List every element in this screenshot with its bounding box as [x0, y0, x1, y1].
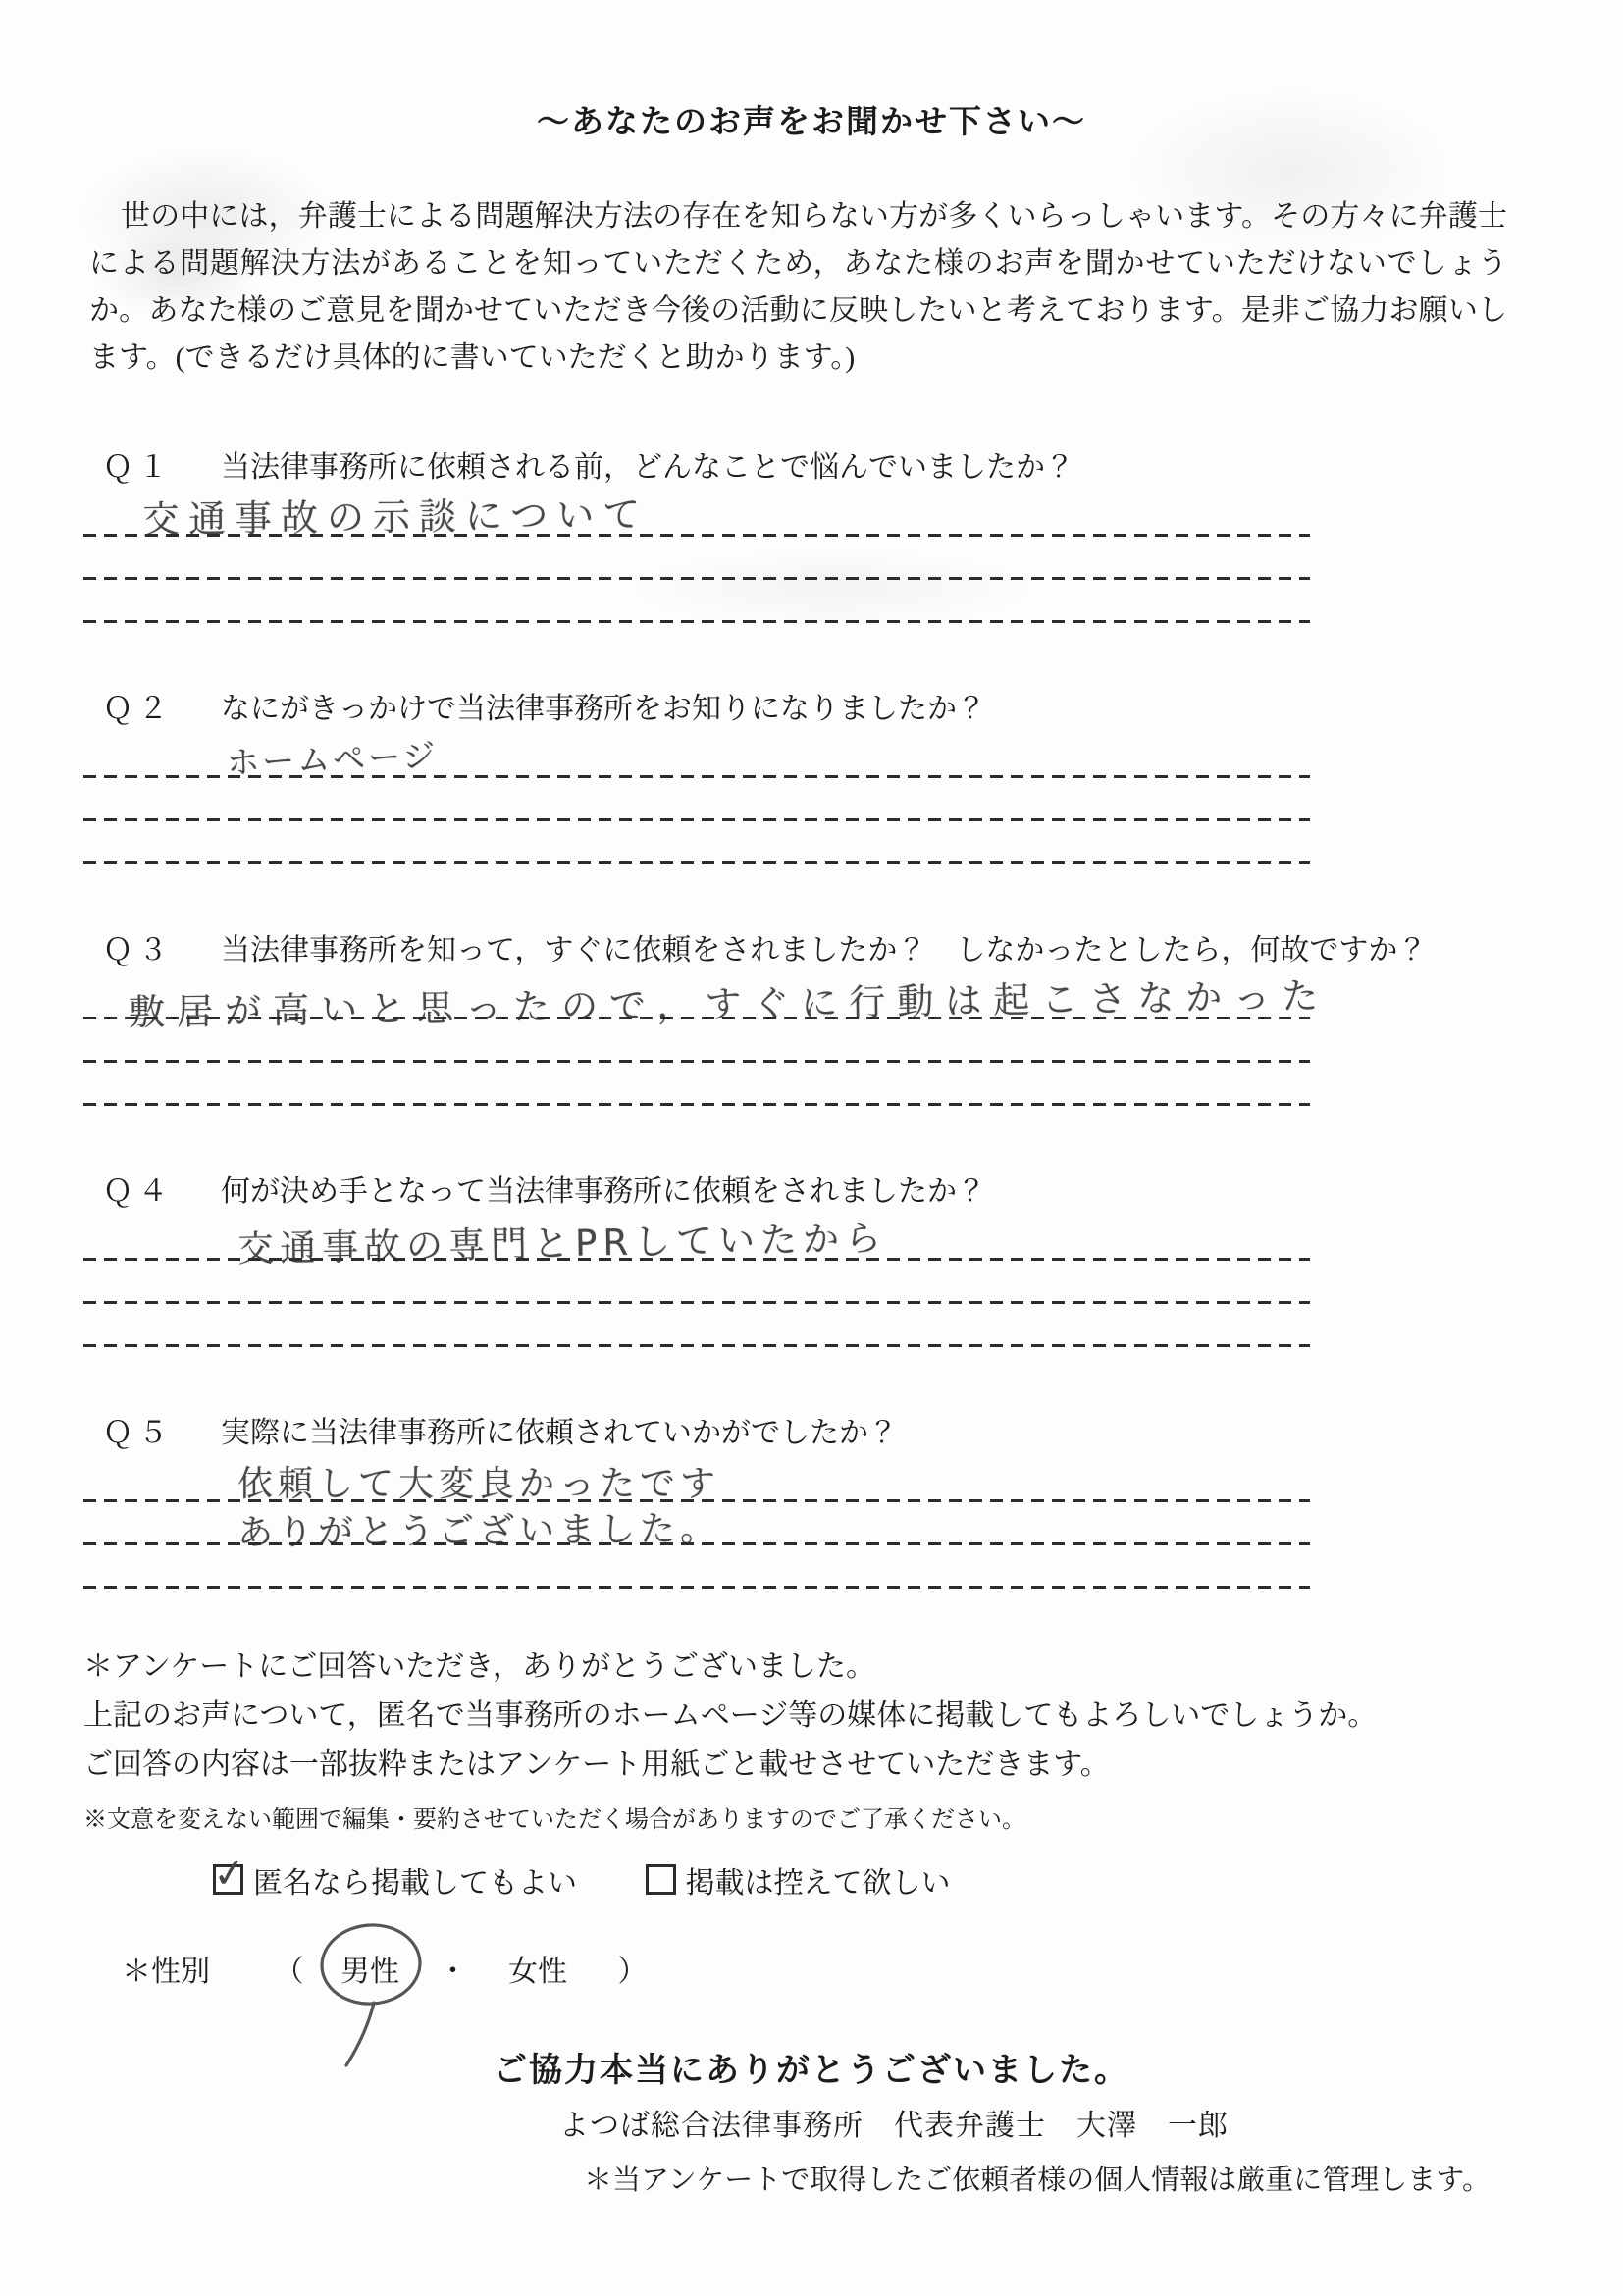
answer-line: 依頼して大変良かったです	[83, 1453, 1310, 1502]
gender-paren-close: ）	[618, 1956, 648, 1988]
checkbox-anonymous-ok: ✓	[213, 1864, 243, 1895]
checkbox-anonymous-ok-label: 匿名なら掲載してもよい	[253, 1867, 577, 1900]
handwritten-answer: 依頼して大変良かったです	[237, 1456, 720, 1506]
question-line: Ｑ２なにがきっかけで当法律事務所をお知りになりましたか？	[83, 690, 1540, 729]
question-block-1: Ｑ１当法律事務所に依頼される前，どんなことで悩んでいましたか？ 交通事故の示談に…	[83, 448, 1540, 623]
question-line: Ｑ５実際に当法律事務所に依頼されていかがでしたか？	[83, 1414, 1540, 1453]
gender-option-male: 男性	[340, 1947, 399, 1990]
question-text: 実際に当法律事務所に依頼されていかがでしたか？	[221, 1417, 898, 1449]
checkbox-decline-label: 掲載は控えて欲しい	[686, 1867, 951, 1900]
publication-detail-text: ご回答の内容は一部抜粋またはアンケート用紙ごと載せさせていただきます。	[83, 1741, 1540, 1790]
answer-line	[83, 580, 1310, 623]
footer-section: ご協力本当にありがとうございました。 よつば総合法律事務所 代表弁護士 大澤 一…	[83, 2043, 1540, 2198]
question-line: Ｑ３当法律事務所を知って，すぐに依頼をされましたか？ しなかったとしたら，何故で…	[83, 931, 1540, 970]
privacy-note: ＊当アンケートで取得したご依頼者様の個人情報は厳重に管理します。	[584, 2158, 1540, 2198]
handwritten-answer: 交通事故の示談について	[142, 484, 650, 543]
gender-male-text: 男性	[340, 1956, 399, 1988]
question-number: Ｑ２	[103, 690, 221, 729]
handwritten-answer: ホームページ	[226, 730, 439, 783]
document-content: ～あなたのお声をお聞かせ下さい～ 世の中には，弁護士による問題解決方法の存在を知…	[0, 96, 1623, 2198]
answer-line: 敷居が高いと思ったので，すぐに行動は起こさなかった	[83, 970, 1310, 1019]
answer-line	[83, 1019, 1310, 1063]
question-number: Ｑ１	[103, 448, 221, 488]
answer-line: ありがとうございました。	[83, 1502, 1310, 1545]
gender-paren-open: （	[275, 1956, 304, 1988]
question-line: Ｑ１当法律事務所に依頼される前，どんなことで悩んでいましたか？	[83, 448, 1540, 488]
page-title: ～あなたのお声をお聞かせ下さい～	[83, 96, 1540, 142]
answer-line	[83, 537, 1310, 580]
check-mark-icon: ✓	[211, 1850, 248, 1898]
question-number: Ｑ３	[103, 931, 221, 970]
question-number: Ｑ５	[103, 1414, 221, 1453]
law-office-signature: よつば総合法律事務所 代表弁護士 大澤 一郎	[559, 2101, 1540, 2144]
answer-line: 交通事故の専門とPRしていたから	[83, 1212, 1310, 1261]
answer-line: 交通事故の示談について	[83, 488, 1310, 537]
consent-options-row: ✓匿名なら掲載してもよい 掲載は控えて欲しい	[213, 1858, 1540, 1900]
scanned-survey-page: ～あなたのお声をお聞かせ下さい～ 世の中には，弁護士による問題解決方法の存在を知…	[0, 0, 1623, 2296]
gender-row: ＊性別 （ 男性 ・ 女性 ）	[83, 1947, 1540, 1994]
survey-thanks-text: ＊アンケートにご回答いただき，ありがとうございました。	[83, 1643, 1540, 1692]
edit-note-text: ※文意を変えない範囲で編集・要約させていただく場合がありますのでご了承ください。	[83, 1805, 1540, 1835]
answer-line	[83, 1304, 1310, 1347]
answer-line	[83, 1261, 1310, 1304]
question-block-2: Ｑ２なにがきっかけで当法律事務所をお知りになりましたか？ ホームページ	[83, 690, 1540, 864]
question-block-4: Ｑ４何が決め手となって当法律事務所に依頼をされましたか？ 交通事故の専門とPRし…	[83, 1173, 1540, 1347]
gender-option-female: 女性	[508, 1956, 567, 1988]
question-block-3: Ｑ３当法律事務所を知って，すぐに依頼をされましたか？ しなかったとしたら，何故で…	[83, 931, 1540, 1106]
gender-separator-dot: ・	[439, 1956, 468, 1988]
intro-paragraph: 世の中には，弁護士による問題解決方法の存在を知らない方が多くいらっしゃいます。そ…	[89, 193, 1507, 382]
question-text: 何が決め手となって当法律事務所に依頼をされましたか？	[221, 1175, 986, 1208]
publication-request-text: 上記のお声について，匿名で当事務所のホームページ等の媒体に掲載してもよろしいでし…	[83, 1692, 1540, 1741]
checkbox-decline	[646, 1864, 676, 1895]
closing-thanks-text: ご協力本当にありがとうございました。	[83, 2043, 1540, 2091]
answer-line: ホームページ	[83, 729, 1310, 778]
question-line: Ｑ４何が決め手となって当法律事務所に依頼をされましたか？	[83, 1173, 1540, 1212]
publication-consent-section: ＊アンケートにご回答いただき，ありがとうございました。 上記のお声について，匿名…	[83, 1643, 1540, 1900]
answer-line	[83, 821, 1310, 864]
question-text: なにがきっかけで当法律事務所をお知りになりましたか？	[221, 693, 986, 725]
answer-line	[83, 1063, 1310, 1106]
question-text: 当法律事務所を知って，すぐに依頼をされましたか？ しなかったとしたら，何故ですか…	[221, 934, 1427, 966]
gender-label: ＊性別	[122, 1956, 210, 1988]
question-number: Ｑ４	[103, 1173, 221, 1212]
question-block-5: Ｑ５実際に当法律事務所に依頼されていかがでしたか？ 依頼して大変良かったです あ…	[83, 1414, 1540, 1589]
answer-line	[83, 778, 1310, 821]
question-text: 当法律事務所に依頼される前，どんなことで悩んでいましたか？	[221, 451, 1074, 484]
answer-line	[83, 1545, 1310, 1589]
